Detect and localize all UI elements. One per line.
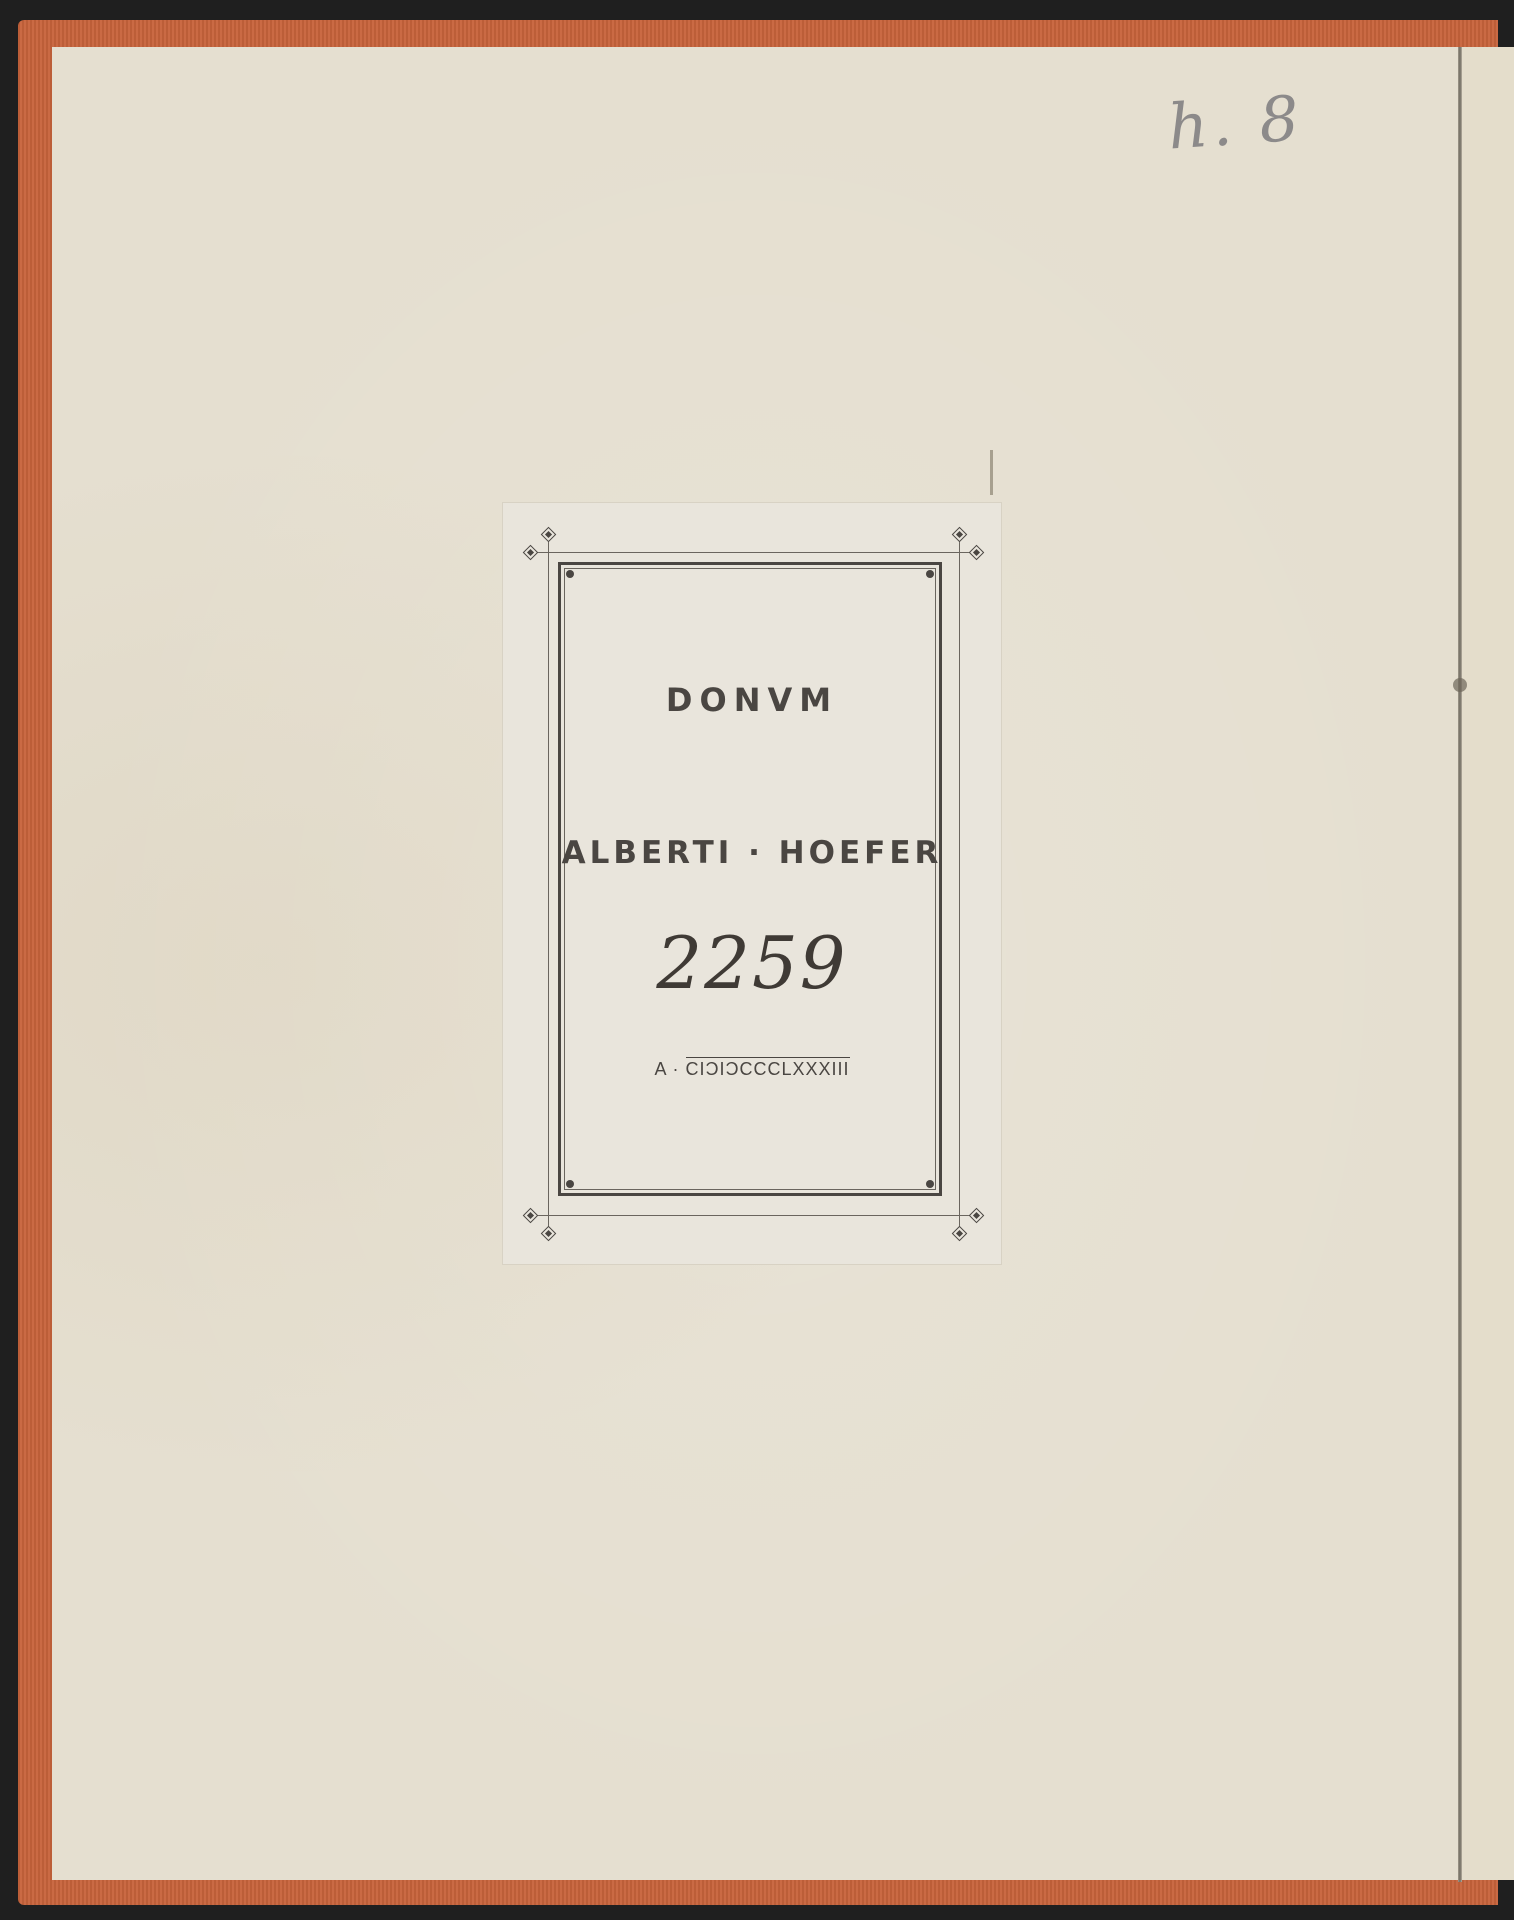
frame-corner-dot: [566, 1180, 574, 1188]
corner-ornament-icon: [969, 1208, 985, 1224]
corner-ornament-icon: [541, 527, 557, 543]
ink-mark: [990, 450, 993, 495]
bookplate: DONVM ALBERTI · HOEFER 2259 A · CIƆIƆCCC…: [503, 503, 1001, 1264]
ink-blot: [1453, 678, 1467, 692]
inner-frame: [558, 562, 942, 1196]
year-roman-numeral: CIƆIƆCCCLXXXIII: [686, 1057, 850, 1079]
pencil-shelf-mark: h. 8: [1166, 81, 1306, 163]
corner-ornament-icon: [523, 545, 539, 561]
gutter-line: [1458, 47, 1462, 1882]
outer-rule-right: [959, 533, 960, 1233]
corner-ornament-icon: [969, 545, 985, 561]
corner-ornament-icon: [952, 1226, 968, 1242]
frame-corner-dot: [926, 570, 934, 578]
corner-ornament-icon: [541, 1226, 557, 1242]
corner-ornament-icon: [952, 527, 968, 543]
bookplate-number: 2259: [503, 921, 1001, 1005]
outer-rule-bottom: [529, 1215, 975, 1216]
facing-leaf-edge: [1462, 47, 1514, 1880]
year-prefix: A ·: [654, 1059, 679, 1079]
outer-rule-left: [548, 533, 549, 1233]
bookplate-donum: DONVM: [503, 681, 1001, 719]
bookplate-year: A · CIƆIƆCCCLXXXIII: [503, 1059, 1001, 1080]
frame-corner-dot: [926, 1180, 934, 1188]
bookplate-donor-name: ALBERTI · HOEFER: [503, 835, 1001, 871]
corner-ornament-icon: [523, 1208, 539, 1224]
frame-corner-dot: [566, 570, 574, 578]
outer-rule-top: [529, 552, 975, 553]
